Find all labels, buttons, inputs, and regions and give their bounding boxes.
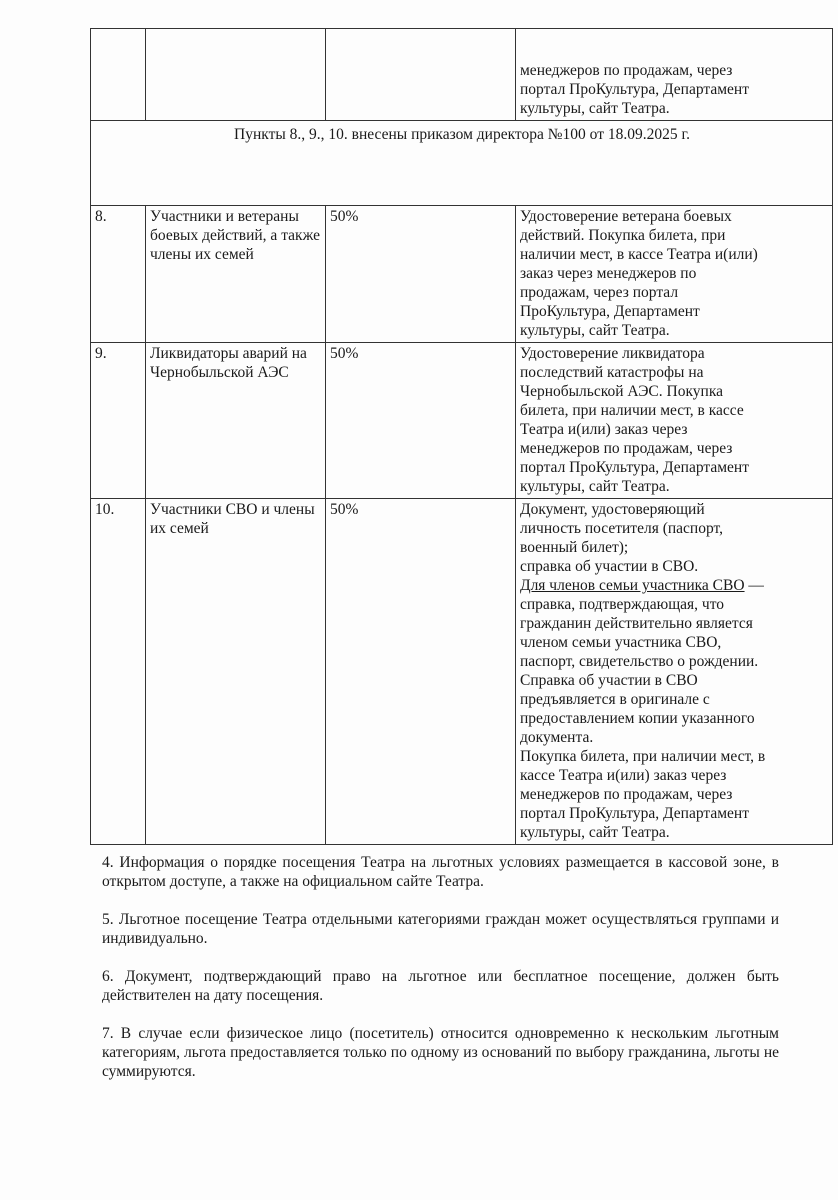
row-category: Ликвидаторы аварий на Чернобыльской АЭС	[146, 343, 326, 499]
description-line: личность посетителя (паспорт,	[520, 519, 829, 538]
cell-description: менеджеров по продажам, через портал Про…	[516, 29, 833, 121]
description-line: портал ПроКультура, Департамент	[520, 804, 829, 823]
description-line: справка об участии в СВО.	[520, 557, 829, 576]
description-line: кассе Театра и(или) заказ через	[520, 766, 829, 785]
cell-discount	[326, 29, 516, 121]
paragraph-7: 7. В случае если физическое лицо (посети…	[102, 1024, 779, 1081]
description-line: Документ, удостоверяющий	[520, 500, 829, 519]
description-line: документа.	[520, 728, 829, 747]
description-line: культуры, сайт Театра.	[520, 99, 829, 118]
amendment-note: Пункты 8., 9., 10. внесены приказом дире…	[91, 121, 833, 206]
description-line: гражданин действительно является	[520, 614, 829, 633]
table-row: 8. Участники и ветераны боевых действий,…	[91, 206, 833, 343]
table-row: 9. Ликвидаторы аварий на Чернобыльской А…	[91, 343, 833, 499]
description-line: Театра и(или) заказ через	[520, 420, 829, 439]
description-line: билета, при наличии мест, в кассе	[520, 401, 829, 420]
description-line: членом семьи участника СВО,	[520, 633, 829, 652]
description-line: менеджеров по продажам, через	[520, 785, 829, 804]
paragraph-4: 4. Информация о порядке посещения Театра…	[102, 853, 779, 891]
description-line: культуры, сайт Театра.	[520, 823, 829, 842]
description-line: Покупка билета, при наличии мест, в	[520, 747, 829, 766]
family-heading-line: Для членов семьи участника СВО —	[520, 576, 829, 595]
description-line: Удостоверение ветерана боевых	[520, 207, 829, 226]
description-line: предоставлением копии указанного	[520, 709, 829, 728]
table-row-continued: менеджеров по продажам, через портал Про…	[91, 29, 833, 121]
family-heading: Для членов семьи участника СВО	[520, 577, 745, 594]
table-note-row: Пункты 8., 9., 10. внесены приказом дире…	[91, 121, 833, 206]
paragraph-5: 5. Льготное посещение Театра отдельными …	[102, 910, 779, 948]
description-line: Справка об участии в СВО	[520, 671, 829, 690]
row-discount: 50%	[326, 499, 516, 845]
description-line: культуры, сайт Театра.	[520, 477, 829, 496]
row-description: Удостоверение ветерана боевых действий. …	[516, 206, 833, 343]
rules-paragraphs: 4. Информация о порядке посещения Театра…	[102, 853, 779, 1100]
description-line: менеджеров по продажам, через	[520, 61, 829, 80]
description-line: портал ПроКультура, Департамент	[520, 458, 829, 477]
paragraph-6: 6. Документ, подтверждающий право на льг…	[102, 967, 779, 1005]
row-category: Участники СВО и члены их семей	[146, 499, 326, 845]
description-line: ПроКультура, Департамент	[520, 302, 829, 321]
row-number: 9.	[91, 343, 146, 499]
row-discount: 50%	[326, 343, 516, 499]
description-line: военный билет);	[520, 538, 829, 557]
row-description: Документ, удостоверяющий личность посети…	[516, 499, 833, 845]
description-line: Чернобыльской АЭС. Покупка	[520, 382, 829, 401]
description-line: действий. Покупка билета, при	[520, 226, 829, 245]
description-line: менеджеров по продажам, через	[520, 439, 829, 458]
document-page: менеджеров по продажам, через портал Про…	[0, 0, 838, 1200]
description-line: последствий катастрофы на	[520, 363, 829, 382]
row-discount: 50%	[326, 206, 516, 343]
row-number: 10.	[91, 499, 146, 845]
description-line: заказ через менеджеров по	[520, 264, 829, 283]
description-line: наличии мест, в кассе Театра и(или)	[520, 245, 829, 264]
description-line: предъявляется в оригинале с	[520, 690, 829, 709]
cell-num	[91, 29, 146, 121]
description-line: Удостоверение ликвидатора	[520, 344, 829, 363]
table-row: 10. Участники СВО и члены их семей 50% Д…	[91, 499, 833, 845]
description-line: паспорт, свидетельство о рождении.	[520, 652, 829, 671]
row-number: 8.	[91, 206, 146, 343]
benefits-table: менеджеров по продажам, через портал Про…	[90, 28, 833, 845]
row-category: Участники и ветераны боевых действий, а …	[146, 206, 326, 343]
description-line: продажам, через портал	[520, 283, 829, 302]
description-line: портал ПроКультура, Департамент	[520, 80, 829, 99]
family-heading-suffix: —	[745, 577, 764, 594]
description-line: культуры, сайт Театра.	[520, 321, 829, 340]
description-line: справка, подтверждающая, что	[520, 595, 829, 614]
cell-category	[146, 29, 326, 121]
row-description: Удостоверение ликвидатора последствий ка…	[516, 343, 833, 499]
